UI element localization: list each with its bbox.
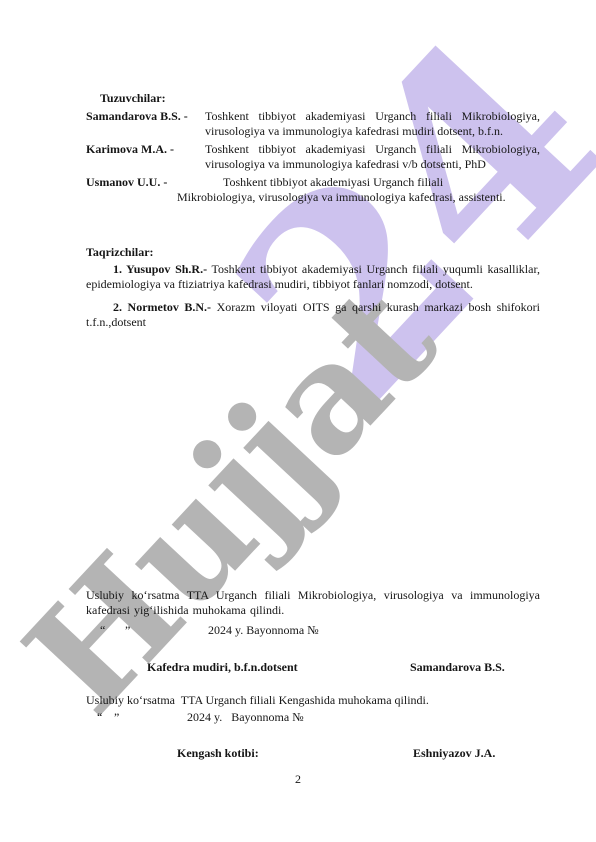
signature-role: Kafedra mudiri, b.f.n.dotsent bbox=[147, 660, 298, 675]
compiler-entry: Usmanov U.U. - Toshkent tibbiyot akademi… bbox=[86, 175, 540, 205]
compiler-description: Toshkent tibbiyot akademiyasi Urganch fi… bbox=[205, 142, 540, 172]
signature-name: Eshniyazov J.A. bbox=[413, 746, 495, 761]
date-protocol-line: “ ” 2024 y. Bayonnoma № bbox=[86, 623, 540, 638]
compiler-description: Toshkent tibbiyot akademiyasi Urganch fi… bbox=[205, 109, 540, 139]
compilers-section: Tuzuvchilar: Samandarova B.S. - Toshkent… bbox=[86, 91, 540, 205]
compiler-name: Samandarova B.S. - bbox=[86, 109, 205, 124]
quote-open-mark: “ bbox=[97, 710, 102, 725]
quote-close-mark: ” bbox=[125, 623, 130, 638]
reviewers-section: Taqrizchilar: 1. Yusupov Sh.R.- Toshkent… bbox=[86, 245, 540, 330]
quote-close-mark: ” bbox=[114, 710, 119, 725]
compiler-entry: Samandarova B.S. - Toshkent tibbiyot aka… bbox=[86, 109, 540, 139]
signature-row: Kengash kotibi: Eshniyazov J.A. bbox=[86, 746, 540, 761]
reviewer-name: 1. Yusupov Sh.R.- bbox=[113, 262, 207, 276]
compiler-name: Karimova M.A. - bbox=[86, 142, 205, 157]
approval-department-section: Uslubiy ko‘rsatma TTA Urganch filiali Mi… bbox=[86, 588, 540, 675]
reviewer-name: 2. Normetov B.N.- bbox=[113, 300, 211, 314]
page-content: Tuzuvchilar: Samandarova B.S. - Toshkent… bbox=[0, 0, 596, 842]
date-protocol-text: 2024 y. Bayonnoma № bbox=[208, 623, 319, 638]
quote-open-mark: “ bbox=[100, 623, 105, 638]
compilers-heading: Tuzuvchilar: bbox=[86, 91, 540, 106]
signature-name: Samandarova B.S. bbox=[410, 660, 505, 675]
approval-paragraph: Uslubiy ko‘rsatma TTA Urganch filiali Ke… bbox=[86, 693, 540, 708]
signature-role: Kengash kotibi: bbox=[177, 746, 259, 761]
compiler-description: Toshkent tibbiyot akademiyasi Urganch fi… bbox=[177, 175, 507, 205]
document-page: 24 Hujjat Tuzuvchilar: Samandarova B.S. … bbox=[0, 0, 596, 842]
date-protocol-text: 2024 y. Bayonnoma № bbox=[187, 710, 304, 725]
reviewers-heading: Taqrizchilar: bbox=[86, 245, 540, 260]
compiler-name: Usmanov U.U. - bbox=[86, 175, 177, 190]
approval-paragraph: Uslubiy ko‘rsatma TTA Urganch filiali Mi… bbox=[86, 588, 540, 618]
reviewer-paragraph: 2. Normetov B.N.- Xorazm viloyati OITS g… bbox=[86, 300, 540, 330]
page-number: 2 bbox=[0, 772, 596, 787]
approval-council-section: Uslubiy ko‘rsatma TTA Urganch filiali Ke… bbox=[86, 693, 540, 761]
date-protocol-line: “ ” 2024 y. Bayonnoma № bbox=[86, 710, 540, 725]
compiler-entry: Karimova M.A. - Toshkent tibbiyot akadem… bbox=[86, 142, 540, 172]
signature-row: Kafedra mudiri, b.f.n.dotsent Samandarov… bbox=[86, 660, 540, 675]
reviewer-paragraph: 1. Yusupov Sh.R.- Toshkent tibbiyot akad… bbox=[86, 262, 540, 292]
